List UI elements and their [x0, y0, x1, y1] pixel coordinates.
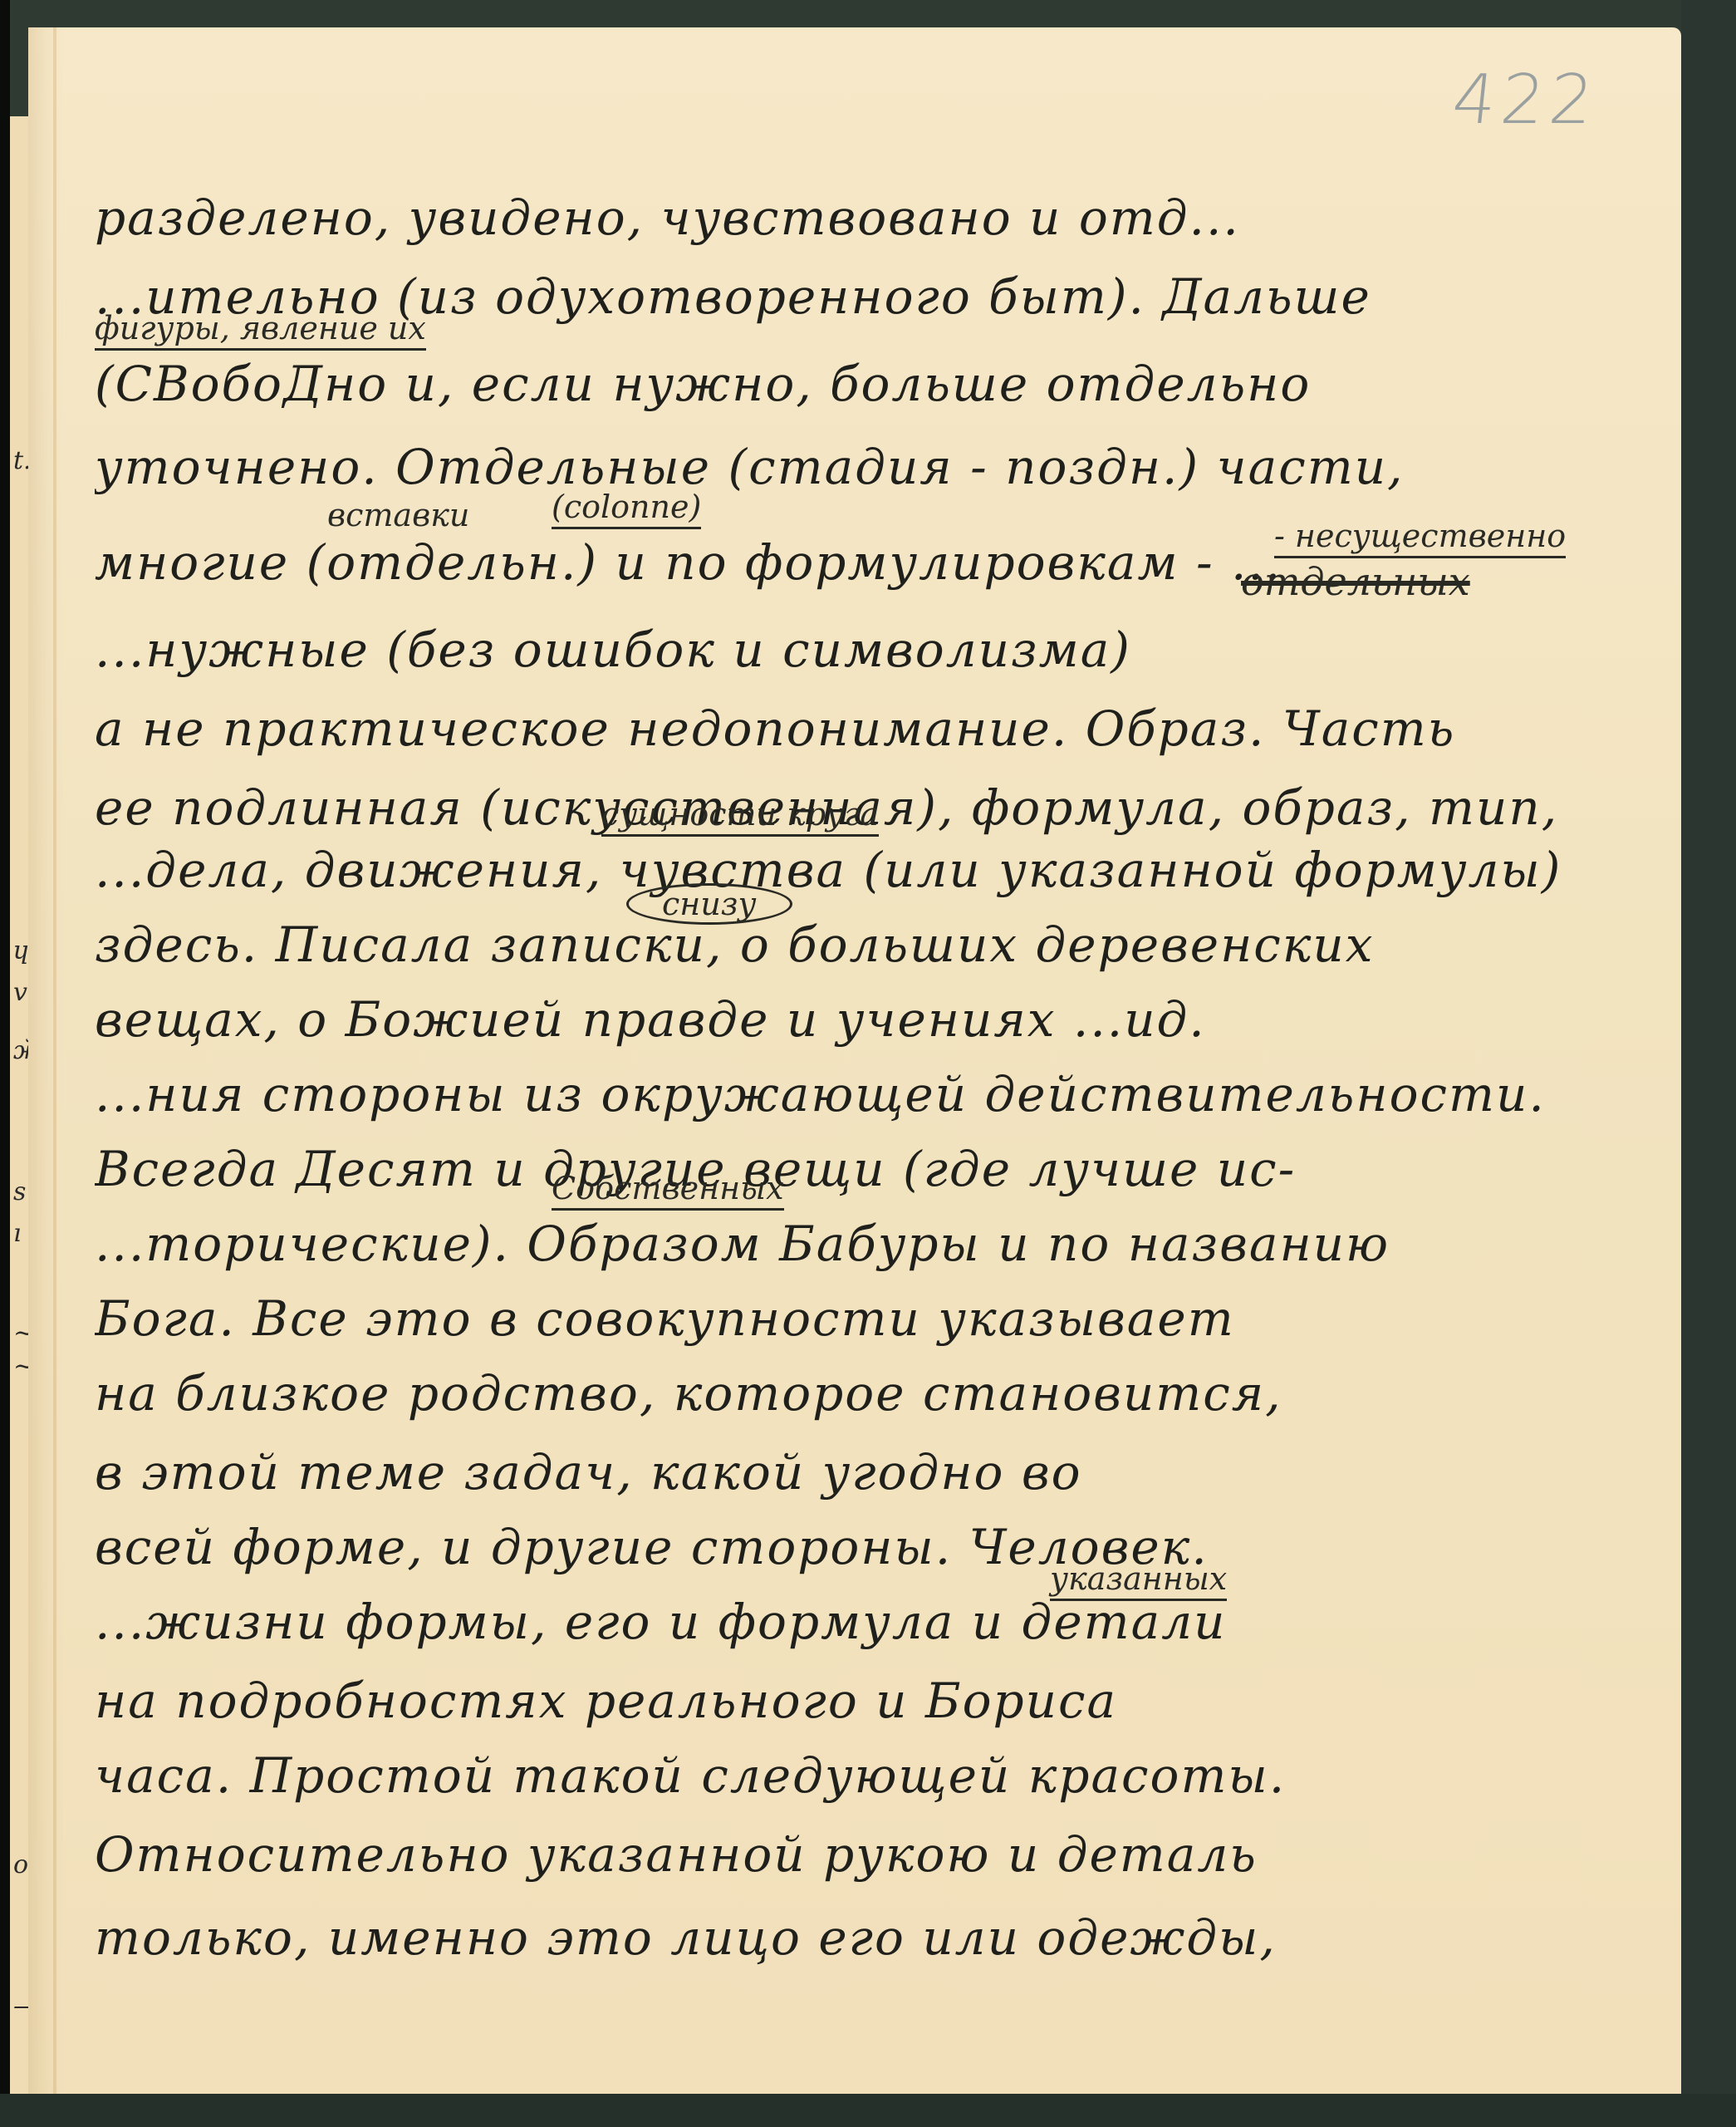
margin-mark: o [13, 1853, 28, 1878]
manuscript-page: 422 разделено, увидено, чувствовано и от… [28, 27, 1681, 2094]
manuscript-line: ...дела, движения, чувства (или указанно… [95, 842, 1673, 898]
manuscript-line: только, именно это лицо его или одежды, [95, 1909, 1673, 1966]
manuscript-line: всей форме, и другие стороны. Человек. [95, 1519, 1673, 1575]
manuscript-line: уточнено. Отдельные (стадия - поздн.) ча… [95, 439, 1673, 495]
page-number: 422 [1449, 61, 1602, 140]
manuscript-line: Всегда Десят и другие вещи (где лучше ис… [95, 1141, 1673, 1197]
manuscript-line: часа. Простой такой следующей красоты. [95, 1747, 1673, 1804]
manuscript-line: разделено, увидено, чувствовано и отд... [95, 189, 1673, 246]
manuscript-line: ее подлинная (искусственная), формула, о… [95, 779, 1673, 836]
manuscript-line: Относительно указанной рукою и деталь [95, 1826, 1673, 1883]
interlinear-insertion: сущности круга [601, 796, 879, 837]
manuscript-line: ...ительно (из одухотворенного быт). Дал… [95, 268, 1673, 325]
scan-background-bottom [0, 2094, 1736, 2127]
margin-mark: s [13, 1180, 26, 1205]
margin-mark: ı [13, 1221, 22, 1246]
manuscript-line: а не практическое недопонимание. Образ. … [95, 700, 1673, 757]
manuscript-line: ...нужные (без ошибок и символизма) [95, 621, 1673, 678]
interlinear-insertion: (colonne) [552, 489, 701, 529]
manuscript-line: ...жизни формы, его и формула и детали [95, 1594, 1673, 1650]
manuscript-line: (СВобоДно и, если нужно, больше отдельно [95, 356, 1673, 412]
interlinear-insertion: Собственных [552, 1170, 784, 1211]
manuscript-line: на подробностях реального и Бориса [95, 1673, 1673, 1729]
manuscript-line: ...торические). Образом Бабуры и по назв… [95, 1216, 1673, 1272]
margin-mark: v [13, 980, 27, 1005]
manuscript-line: в этой теме задач, какой угодно во [95, 1444, 1673, 1501]
interlinear-insertion: вставки [327, 497, 469, 533]
manuscript-line: ...ния стороны из окружающей действитель… [95, 1066, 1673, 1122]
manuscript-line: на близкое родство, которое становится, [95, 1365, 1673, 1422]
manuscript-line: здесь. Писала записки, о больших деревен… [95, 916, 1673, 973]
scan-left-edge [0, 0, 10, 2127]
scan-background-right [1681, 0, 1736, 2127]
margin-mark: ɥ [13, 939, 29, 964]
manuscript-line: вещах, о Божией правде и учениях ...ид. [95, 991, 1673, 1048]
manuscript-line: Бога. Все это в совокупности указывает [95, 1290, 1673, 1347]
struck-out-word: отдельных [1241, 559, 1470, 604]
